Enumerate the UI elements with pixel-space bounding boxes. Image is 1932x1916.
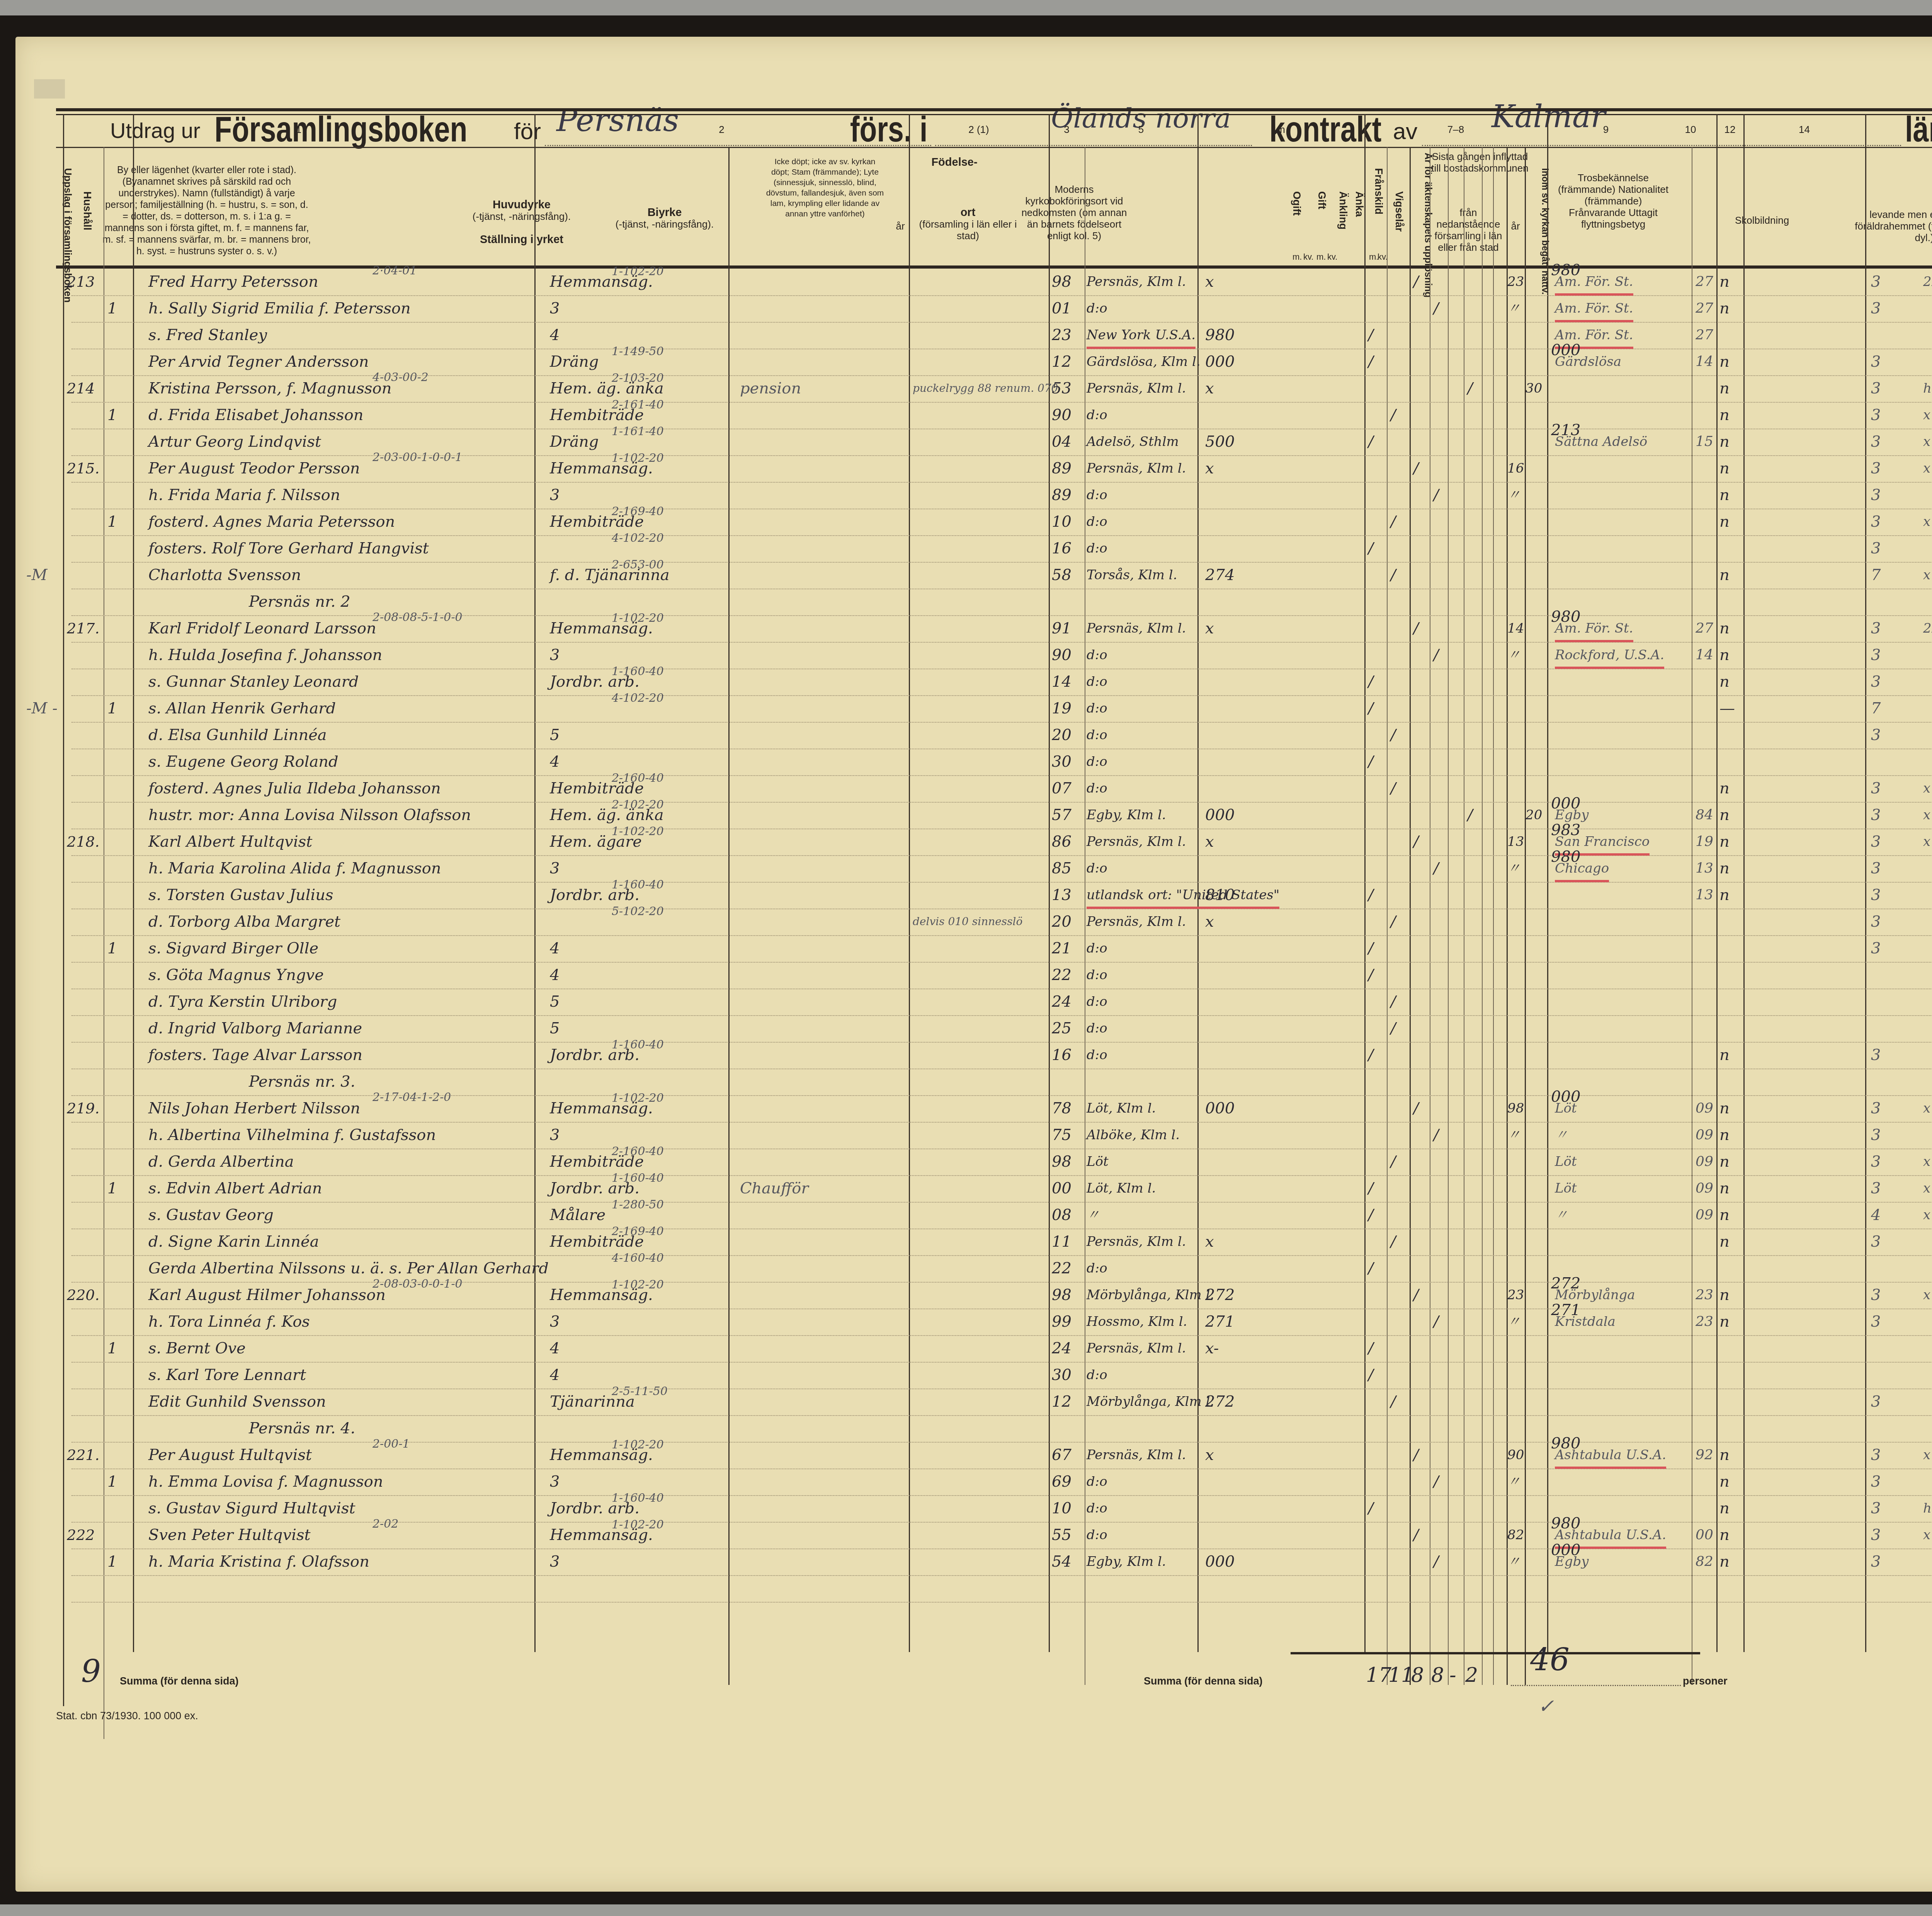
birth-place: Egby, Klm l. (1087, 803, 1166, 827)
birth-year: 19 (1052, 697, 1071, 720)
household-count: 1 (107, 697, 117, 720)
birth-place: d:o (1087, 723, 1107, 747)
village-heading: Persnäs nr. 4. (249, 1417, 355, 1440)
row-separator (71, 295, 1932, 296)
birth-place: d:o (1087, 510, 1107, 533)
ogift-m-mark: / (1368, 1043, 1373, 1067)
occupation-code: 1-102-20 (612, 1513, 664, 1537)
ogift-m-mark: / (1368, 430, 1373, 453)
row-separator (71, 829, 1932, 829)
schooling: 7 (1871, 697, 1881, 720)
birth-year: 58 (1052, 563, 1071, 587)
household-number: 222 (67, 1523, 95, 1547)
occupation: 5 (550, 990, 560, 1013)
communion-mark: n (1719, 430, 1730, 453)
birth-year: 57 (1052, 803, 1071, 827)
dissolution-year: 20 (1526, 803, 1542, 827)
header-ar10: år (1508, 220, 1523, 232)
column-line-name (133, 114, 134, 1652)
birth-year: 30 (1052, 1363, 1071, 1387)
moved-in-from: Rockford, U.S.A. (1555, 643, 1664, 669)
occupation-code: 1-102-20 (612, 1433, 664, 1457)
header-ort-title: ort (961, 206, 976, 219)
mother-parish-code: x (1205, 830, 1214, 853)
ogift-m-mark: / (1368, 1497, 1373, 1520)
schooling-note: x (1923, 1523, 1930, 1547)
gift-kv-mark: / (1434, 483, 1439, 507)
schooling: 3 (1871, 1550, 1881, 1573)
birth-place: Adelsö, Sthlm (1087, 430, 1179, 453)
schooling-note: x (1923, 403, 1930, 427)
ogift-kv-mark: / (1391, 403, 1396, 427)
village-heading: Persnäs nr. 3. (249, 1070, 355, 1093)
birth-place: d:o (1087, 990, 1107, 1013)
person-name: s. Gustav Sigurd Hultqvist (148, 1497, 355, 1520)
schooling: 3 (1871, 1150, 1881, 1173)
communion-mark: n (1719, 830, 1730, 853)
row-separator (71, 1282, 1932, 1283)
occupation: 3 (550, 1310, 560, 1333)
schooling-note: x (1923, 430, 1930, 453)
birth-year: 08 (1052, 1203, 1071, 1227)
birth-year: 98 (1052, 1283, 1071, 1307)
communion-mark: n (1719, 857, 1730, 880)
name-code: 2-08-08-5-1-0-0 (372, 606, 463, 629)
birth-year: 01 (1052, 297, 1071, 320)
mother-parish-code: x (1205, 377, 1214, 400)
occupation-code: 1-102-20 (612, 820, 664, 843)
moved-in-year: 84 (1696, 803, 1713, 827)
schooling: 3 (1871, 1470, 1881, 1493)
birth-year: 54 (1052, 1550, 1071, 1573)
birth-year: 07 (1052, 777, 1071, 800)
birth-place: Alböke, Klm l. (1087, 1123, 1180, 1147)
person-name: Karl August Hilmer Johansson (148, 1283, 386, 1307)
person-name: d. Elsa Gunhild Linnéa (148, 723, 327, 747)
communion-mark: n (1719, 1497, 1730, 1520)
header-biyrke-title: Biyrke (648, 206, 682, 219)
person-name: Fred Harry Petersson (148, 270, 318, 293)
communion-mark: n (1719, 1230, 1730, 1253)
ogift-m-mark: / (1368, 537, 1373, 560)
header-biyrke-sub: (-tjänst, -näringsfång). (616, 218, 714, 230)
ogift-kv-mark: / (1391, 910, 1396, 933)
ogift-m-mark: / (1368, 937, 1373, 960)
header-icke-dopt: Icke döpt; icke av sv. kyrkan döpt; Stam… (765, 157, 885, 219)
column-line-ort (1085, 147, 1085, 1685)
ogift-m-mark: / (1368, 963, 1373, 987)
communion-mark: n (1719, 1550, 1730, 1573)
column-line-yrke (534, 114, 536, 1652)
column-number: 10 (1665, 124, 1716, 136)
birth-year: 22 (1052, 1257, 1071, 1280)
occupation-code: 4-160-40 (612, 1247, 664, 1270)
birth-year: 78 (1052, 1097, 1071, 1120)
birth-place: Persnäs, Klm l. (1087, 617, 1186, 640)
person-name: s. Gustav Georg (148, 1203, 274, 1227)
margin-note: -M (26, 563, 47, 587)
ogift-m-mark: / (1368, 1363, 1373, 1387)
name-code: 2·04-01 (372, 259, 417, 282)
column-number: 5 (1085, 124, 1197, 136)
birth-year: 89 (1052, 483, 1071, 507)
schooling-note: hem. ox (1923, 1497, 1932, 1520)
birth-place: Mörbylånga, Klm l. (1087, 1390, 1214, 1413)
occupation: 3 (550, 1470, 560, 1493)
occupation: 5 (550, 1017, 560, 1040)
column-line-icke (909, 114, 910, 1652)
persons-label: personer (1683, 1675, 1728, 1687)
persons-total: 46 (1530, 1648, 1570, 1671)
household-number: 220. (67, 1283, 100, 1307)
birth-place: Persnäs, Klm l. (1087, 910, 1186, 933)
person-name: h. Hulda Josefina f. Johansson (148, 643, 382, 667)
gift-kv-mark: / (1434, 1310, 1439, 1333)
person-name: h. Maria Karolina Alida f. Magnusson (148, 857, 441, 880)
wedding-year: 23 (1507, 1283, 1524, 1307)
mother-parish-code: x (1205, 1443, 1214, 1467)
household-number: 219. (67, 1097, 100, 1120)
moved-in-year: 23 (1696, 1310, 1713, 1333)
header-fodelse-title: Födelse- (931, 156, 977, 168)
schooling: 3 (1871, 1497, 1881, 1520)
row-separator (71, 482, 1932, 483)
column-line-ogm (1364, 114, 1366, 1652)
column-sum: - (1449, 1664, 1456, 1687)
occupation-code: 5-102-20 (612, 900, 664, 923)
schooling: 3 (1871, 1443, 1881, 1467)
name-code: 4-03-00-2 (372, 366, 429, 389)
occupation-code: 1-102-20 (612, 1273, 664, 1297)
header-ort: ort (församling i län eller i stad) (916, 207, 1020, 242)
schooling: 3 (1871, 1097, 1881, 1120)
check-mark: ✓ (1538, 1695, 1554, 1718)
occupation: Dräng (550, 350, 599, 373)
birth-place: Persnäs, Klm l. (1087, 1443, 1186, 1467)
occupation: 3 (550, 1123, 560, 1147)
moved-in-from: 〃 (1555, 1123, 1568, 1147)
birth-year: 10 (1052, 510, 1071, 533)
wedding-year: 98 (1507, 1097, 1524, 1120)
occupation: Målare (550, 1203, 605, 1227)
person-name: fosters. Tage Alvar Larsson (148, 1043, 362, 1067)
ogift-m-mark: / (1368, 1203, 1373, 1227)
moved-in-from: Am. För. St. (1555, 297, 1633, 322)
row-separator (71, 1362, 1932, 1363)
mother-parish-code: 000 (1205, 1550, 1235, 1573)
person-name: Karl Fridolf Leonard Larsson (148, 617, 376, 640)
communion-mark: n (1719, 670, 1730, 693)
communion-mark: n (1719, 1097, 1730, 1120)
ogift-kv: kv. (1303, 251, 1313, 263)
ogift-m-mark: / (1368, 883, 1373, 907)
gift-m-mark: / (1413, 617, 1418, 640)
communion-mark: n (1719, 1283, 1730, 1307)
column-sum: 17 (1366, 1664, 1391, 1687)
occupation-code: 2-169-40 (612, 1220, 664, 1243)
occupation-code: 1-102-20 (612, 607, 664, 630)
ogift-kv-mark: / (1391, 1150, 1396, 1173)
person-name: d. Gerda Albertina (148, 1150, 294, 1173)
wedding-year: 14 (1507, 617, 1524, 640)
gift-kv-mark: / (1434, 1470, 1439, 1493)
ogift-m-mark: / (1368, 697, 1373, 720)
column-line-anka (1464, 147, 1464, 1685)
moved-in-year: 09 (1696, 1177, 1713, 1200)
moved-in-from: Am. För. St. (1555, 617, 1633, 642)
occupation: Dräng (550, 430, 599, 453)
header-ort-sub: (församling i län eller i stad) (919, 218, 1017, 242)
occupation: 4 (550, 1363, 560, 1387)
household-count: 1 (107, 1337, 117, 1360)
column-line-natt (1716, 114, 1718, 1652)
gift-kv-mark: / (1434, 643, 1439, 667)
household-sum: 9 (81, 1660, 101, 1683)
schooling-note: 222-5 snickare (1923, 617, 1932, 640)
column-number: Dessa kolumner ifyllas ej av pastorsämbe… (1865, 124, 1932, 136)
occupation-code: 2-160-40 (612, 1140, 664, 1163)
person-name: s. Gunnar Stanley Leonard (148, 670, 359, 693)
header-moderns: Moderns kyrkobokföringsort vid nedkomste… (1020, 184, 1128, 242)
occupation-code: 1-280-50 (612, 1193, 664, 1217)
moved-in-from: Sättna Adelsö (1555, 430, 1647, 453)
birth-place: Löt, Klm l. (1087, 1177, 1156, 1200)
birth-year: 24 (1052, 1337, 1071, 1360)
birth-place: d:o (1087, 777, 1107, 800)
header-biyrke: Biyrke (-tjänst, -näringsfång). (614, 207, 715, 230)
header-ar: år (889, 220, 912, 232)
person-name: Gerda Albertina Nilssons u. ä. s. Per Al… (148, 1257, 549, 1280)
header-sista-gangen: Sista gången inflyttad till bostadskommu… (1430, 151, 1530, 174)
gift-kv-mark: / (1434, 857, 1439, 880)
schooling: 3 (1871, 777, 1881, 800)
birth-year: 04 (1052, 430, 1071, 453)
column-line-frm (1482, 147, 1483, 1685)
birth-place: Löt, Klm l. (1087, 1097, 1156, 1120)
household-count: 1 (107, 1470, 117, 1493)
occupation-code: 2-169-40 (612, 500, 664, 523)
person-name: Per August Teodor Persson (148, 457, 360, 480)
communion-mark: n (1719, 350, 1730, 373)
franskild-kv: kv. (1378, 251, 1388, 263)
household-count: 1 (107, 1177, 117, 1200)
person-name: h. Albertina Vilhelmina f. Gustafsson (148, 1123, 436, 1147)
mother-parish-code: x (1205, 270, 1214, 293)
ogift-kv-mark: / (1391, 777, 1396, 800)
row-separator (71, 989, 1932, 989)
birth-year: 85 (1052, 857, 1071, 880)
mother-parish-code: x- (1205, 1337, 1219, 1360)
birth-place: d:o (1087, 937, 1107, 960)
birth-year: 16 (1052, 537, 1071, 560)
occupation-code: 1-102-20 (612, 1087, 664, 1110)
person-name: hustr. mor: Anna Lovisa Nilsson Olafsson (148, 803, 471, 827)
summa-mid-label: Summa (för denna sida) (1144, 1675, 1263, 1687)
header-huvudyrke-sub: (-tjänst, -näringsfång). (473, 211, 571, 222)
mother-parish-code: 274 (1205, 563, 1235, 587)
gift-kv-mark: / (1434, 1550, 1439, 1573)
moved-in-from: Chicago (1555, 857, 1609, 882)
schooling-note: x (1923, 1150, 1930, 1173)
communion-mark: n (1719, 1443, 1730, 1467)
wedding-year: 〃 (1507, 483, 1520, 507)
person-name: fosters. Rolf Tore Gerhard Hangvist (148, 537, 429, 560)
occupation-code: 4-102-20 (612, 527, 664, 550)
secondary-occupation: pension (740, 377, 801, 400)
communion-mark: n (1719, 1043, 1730, 1067)
column-line-infl (1547, 114, 1548, 1652)
moved-in-from: 〃 (1555, 1203, 1568, 1227)
schooling: 3 (1871, 510, 1881, 533)
birth-place: d:o (1087, 1497, 1107, 1520)
row-separator (71, 509, 1932, 509)
communion-mark: n (1719, 510, 1730, 533)
person-name: h. Sally Sigrid Emilia f. Petersson (148, 297, 411, 320)
summa-left-label: Summa (för denna sida) (120, 1675, 239, 1687)
moved-in-year: 09 (1696, 1097, 1713, 1120)
occupation-code: 1-102-20 (612, 260, 664, 283)
schooling-note: x (1923, 777, 1930, 800)
moved-in-year: 92 (1696, 1443, 1713, 1467)
row-separator (71, 1442, 1932, 1443)
occupation: 4 (550, 937, 560, 960)
dissolution-year: 30 (1526, 377, 1542, 400)
row-separator (71, 1149, 1932, 1149)
communion-mark: n (1719, 1523, 1730, 1547)
birth-year: 55 (1052, 1523, 1071, 1547)
occupation: 4 (550, 1337, 560, 1360)
row-separator (71, 1389, 1932, 1389)
name-code: 2-08-03-0-0-1-0 (372, 1273, 463, 1296)
moved-in-from: Löt (1555, 1177, 1577, 1200)
person-name: h. Emma Lovisa f. Magnusson (148, 1470, 383, 1493)
row-separator (71, 695, 1932, 696)
household-number: 218. (67, 830, 100, 853)
birth-year: 20 (1052, 910, 1071, 933)
schooling: 3 (1871, 803, 1881, 827)
moved-in-year: 27 (1696, 270, 1713, 293)
column-line-ank (1448, 147, 1449, 1685)
household-count: 1 (107, 297, 117, 320)
communion-mark: n (1719, 1203, 1730, 1227)
communion-mark: n (1719, 270, 1730, 293)
wedding-year: 〃 (1507, 1470, 1520, 1493)
birth-place: d:o (1087, 483, 1107, 507)
wedding-year: 〃 (1507, 297, 1520, 320)
communion-mark: n (1719, 803, 1730, 827)
column-number: 7–8 (1364, 124, 1547, 136)
schooling: 3 (1871, 910, 1881, 933)
margin-note: -M - (26, 697, 58, 720)
occupation-code: 1-160-40 (612, 1487, 664, 1510)
household-count: 1 (107, 403, 117, 427)
column-sum: 2 (1465, 1664, 1478, 1687)
wedding-year: 〃 (1507, 1123, 1520, 1147)
household-number: 215. (67, 457, 100, 480)
row-separator (71, 1495, 1932, 1496)
birth-year: 13 (1052, 883, 1071, 907)
communion-mark: n (1719, 1123, 1730, 1147)
column-sum: 8 (1431, 1664, 1444, 1687)
disability-note: puckelrygg 88 renum. 070 (913, 377, 1058, 400)
moved-in-from: Am. För. St. (1555, 270, 1633, 296)
birth-place: d:o (1087, 403, 1107, 427)
birth-place: Persnäs, Klm l. (1087, 830, 1186, 853)
header-stallning: Ställning i yrket (480, 233, 563, 246)
gift-m-mark: / (1413, 1283, 1418, 1307)
row-separator (71, 535, 1932, 536)
schooling: 7 (1871, 563, 1881, 587)
occupation-code: 2-161-40 (612, 393, 664, 417)
anka-mark: / (1468, 377, 1473, 400)
person-name: Per August Hultqvist (148, 1443, 312, 1467)
birth-year: 22 (1052, 963, 1071, 987)
birth-year: 24 (1052, 990, 1071, 1013)
gift-kv-mark: / (1434, 297, 1439, 320)
person-name: Charlotta Svensson (148, 563, 301, 587)
gift-kv: kv. (1327, 251, 1337, 263)
mother-parish-code: 000 (1205, 803, 1235, 827)
occupation: 3 (550, 857, 560, 880)
schooling: 3 (1871, 1523, 1881, 1547)
person-name: d. Ingrid Valborg Marianne (148, 1017, 362, 1040)
mother-parish-code: 000 (1205, 350, 1235, 373)
person-name: Edit Gunhild Svensson (148, 1390, 326, 1413)
franskild-m: m. (1369, 251, 1378, 263)
communion-mark: n (1719, 563, 1730, 587)
occupation-code: 1-160-40 (612, 660, 664, 683)
birth-place: d:o (1087, 963, 1107, 987)
column-line-tros (1743, 114, 1745, 1652)
column-line-biyrke (728, 147, 730, 1685)
ogift-m-mark: / (1368, 1257, 1373, 1280)
birth-place: d:o (1087, 750, 1107, 773)
birth-place: d:o (1087, 1017, 1107, 1040)
person-name: Sven Peter Hultqvist (148, 1523, 311, 1547)
ogift-kv-mark: / (1391, 990, 1396, 1013)
header-vigselar: Vigselår (1393, 191, 1405, 232)
row-separator (71, 1069, 1932, 1069)
person-name: s. Fred Stanley (148, 323, 267, 347)
moved-in-year: 14 (1696, 643, 1713, 667)
name-code: 2-02 (372, 1513, 398, 1536)
birth-place: d:o (1087, 1523, 1107, 1547)
birth-place: d:o (1087, 1257, 1107, 1280)
birth-year: 75 (1052, 1123, 1071, 1147)
row-separator (71, 1522, 1932, 1523)
birth-place: Persnäs, Klm l. (1087, 377, 1186, 400)
schooling: 3 (1871, 1043, 1881, 1067)
birth-place: Persnäs, Klm l. (1087, 1337, 1186, 1360)
header-barn: Barn (1847, 166, 1932, 178)
row-separator (71, 749, 1932, 749)
row-separator (71, 615, 1932, 616)
row-separator (71, 1042, 1932, 1043)
person-name: d. Torborg Alba Margret (148, 910, 340, 933)
occupation: 3 (550, 483, 560, 507)
schooling: 3 (1871, 1177, 1881, 1200)
occupation-code: 1-161-40 (612, 420, 664, 443)
ogift-kv-mark: / (1391, 563, 1396, 587)
birth-place: Egby, Klm l. (1087, 1550, 1166, 1573)
schooling: 3 (1871, 937, 1881, 960)
schooling: 3 (1871, 377, 1881, 400)
occupation-code: 4-102-20 (612, 687, 664, 710)
column-line-gm (1410, 147, 1411, 1685)
moved-in-year: 09 (1696, 1203, 1713, 1227)
birth-year: 23 (1052, 323, 1071, 347)
birth-year: 91 (1052, 617, 1071, 640)
